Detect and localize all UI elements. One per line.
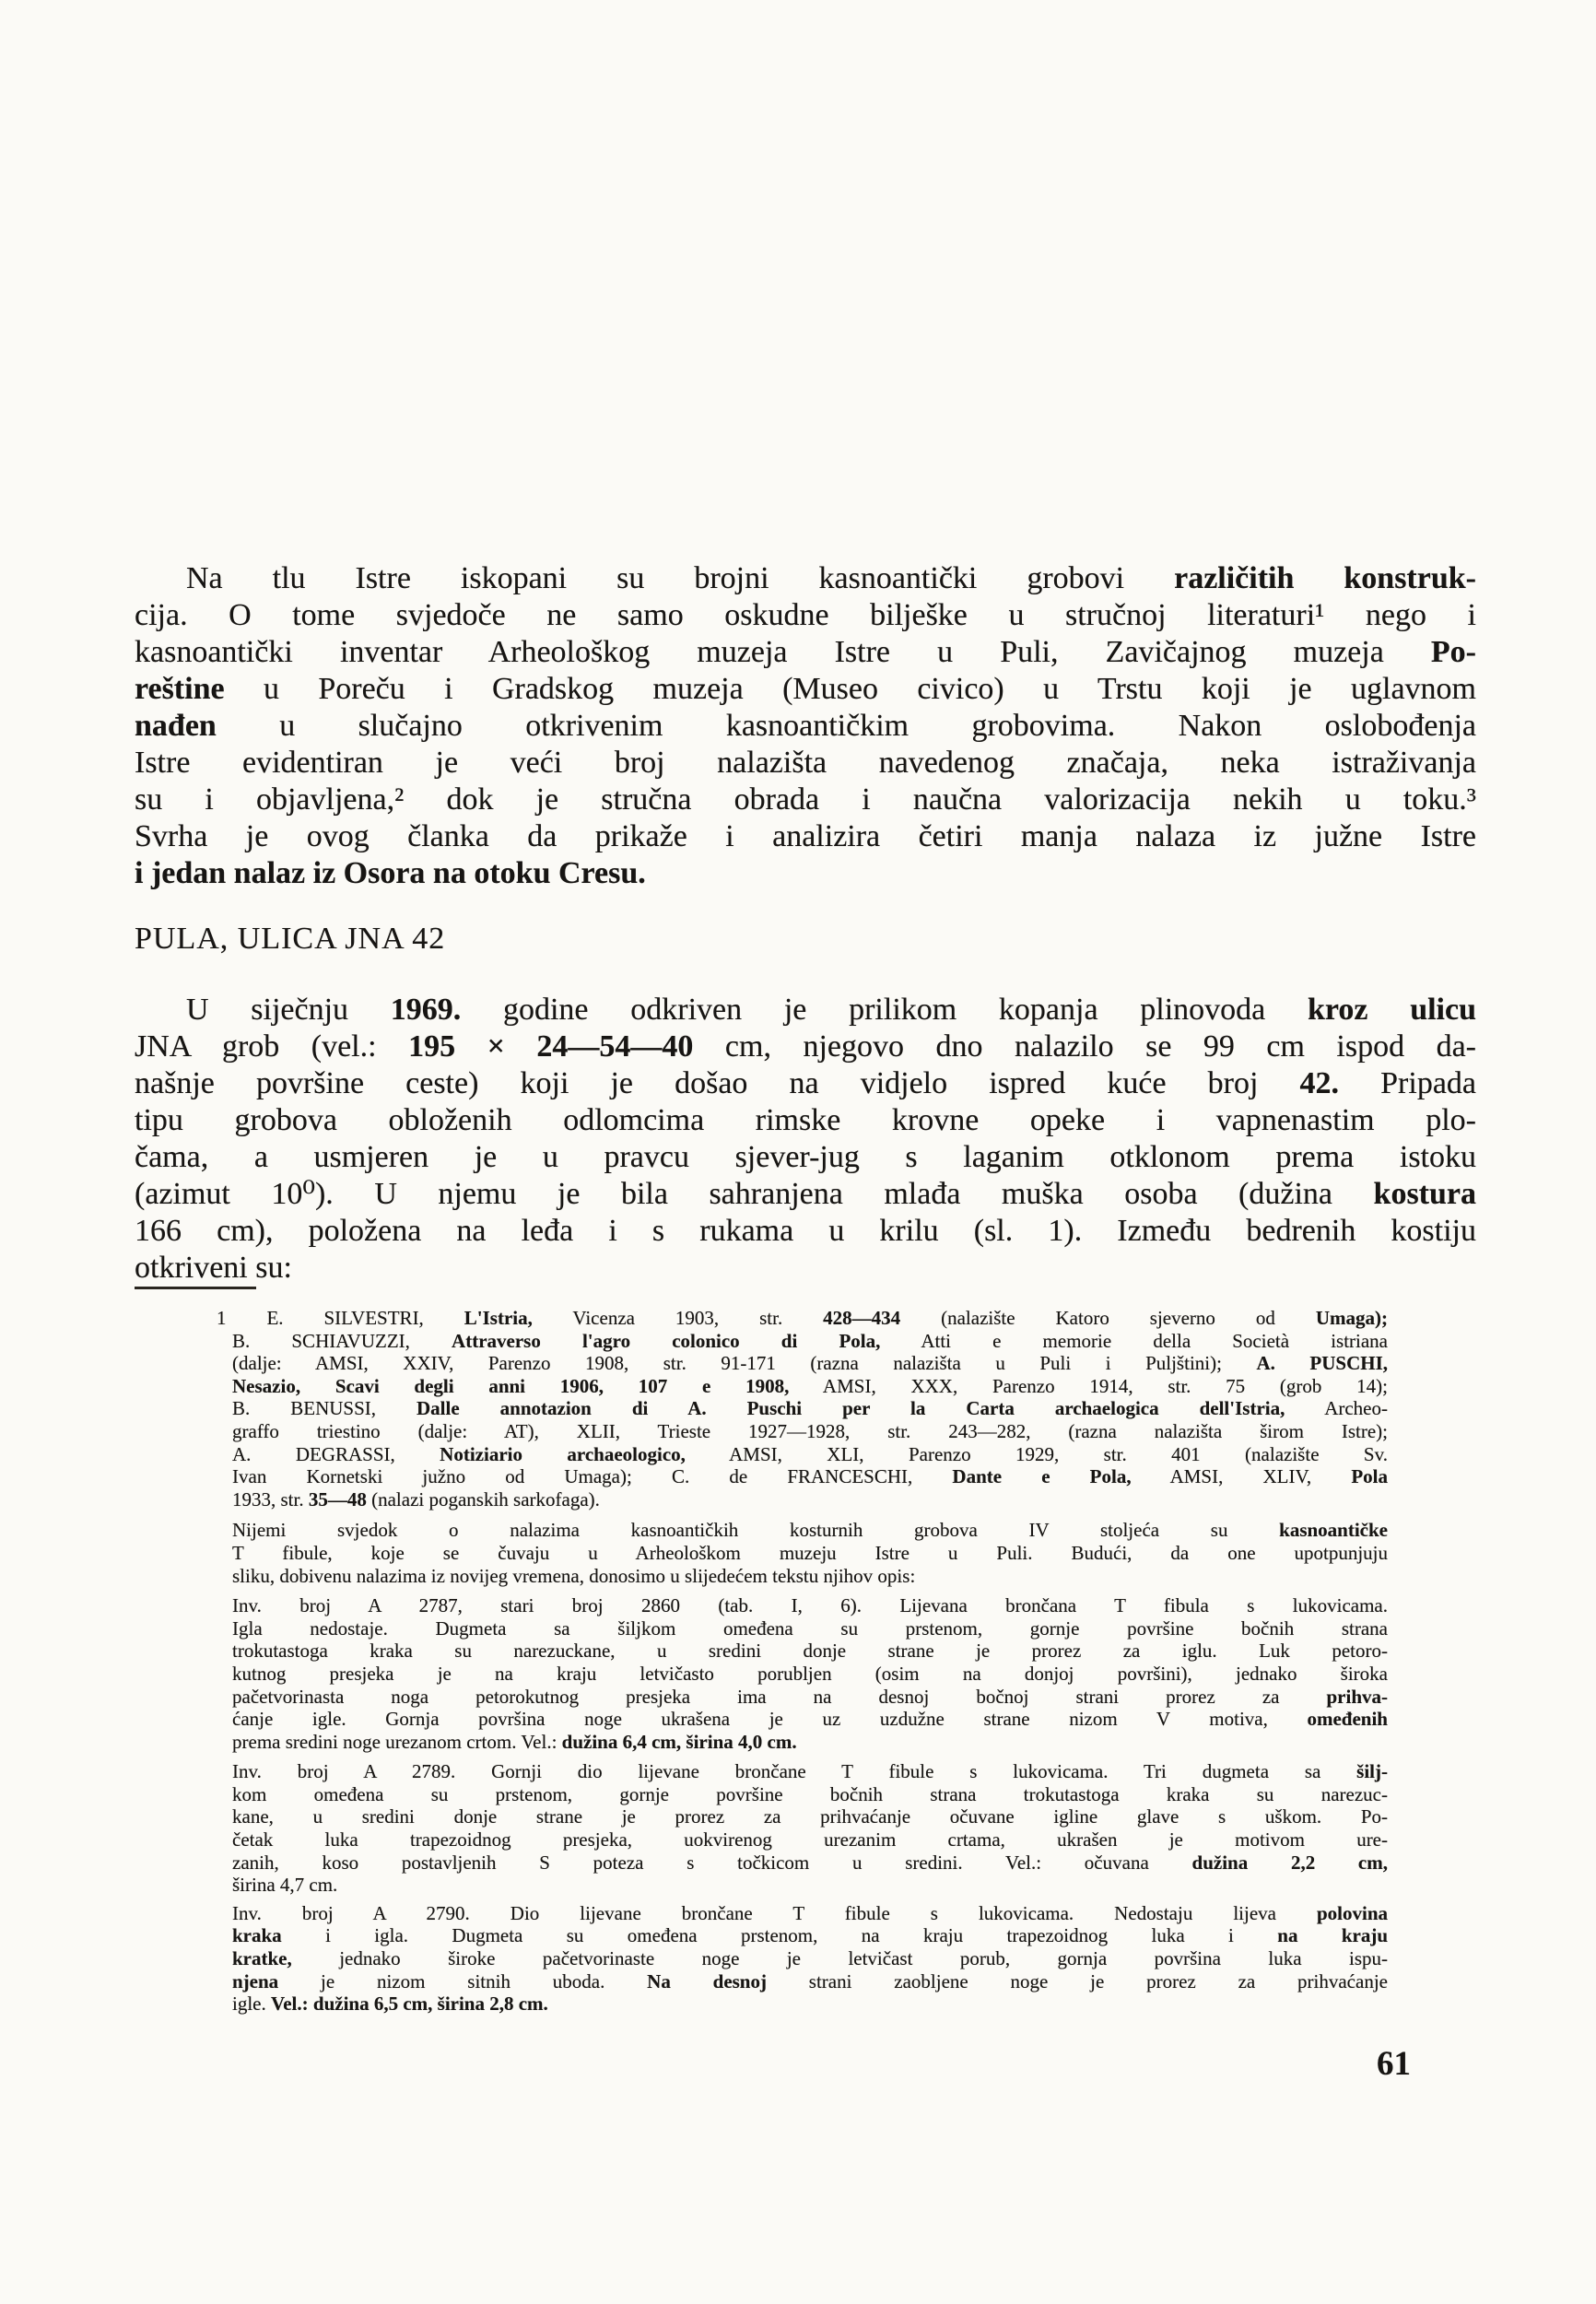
text-line: (dalje: AMSI, XXIV, Parenzo 1908, str. 9…	[232, 1352, 1388, 1375]
text-line: kom omeđena su prstenom, gornje površine…	[232, 1783, 1388, 1806]
text-line: trokutastoga kraka su narezuckane, u sre…	[232, 1640, 1388, 1663]
text-line: Inv. broj A 2789. Gornji dio lijevane br…	[232, 1760, 1388, 1783]
text-line: Nijemi svjedok o nalazima kasnoantičkih …	[232, 1519, 1388, 1542]
text-line: Igla nedostaje. Dugmeta sa šiljkom omeđe…	[232, 1617, 1388, 1640]
text-line: zanih, koso postavljenih S poteza s točk…	[232, 1851, 1388, 1875]
footnote-1: 1 E. SILVESTRI, L'Istria, Vicenza 1903, …	[232, 1307, 1388, 1511]
text-line: A. DEGRASSI, Notiziario archaeologico, A…	[232, 1443, 1388, 1466]
text-line: B. BENUSSI, Dalle annotazion di A. Pusch…	[232, 1397, 1388, 1420]
text-line: Istre evidentiran je veći broj nalazišta…	[135, 745, 1476, 782]
text-line: ćanje igle. Gornja površina noge ukrašen…	[232, 1708, 1388, 1731]
text-line: reštine u Poreču i Gradskog muzeja (Muse…	[135, 671, 1476, 708]
page-number: 61	[1377, 2044, 1411, 2084]
text-line: kasnoantički inventar Arheološkog muzeja…	[135, 634, 1476, 671]
text-line: Na tlu Istre iskopani su brojni kasnoant…	[135, 560, 1476, 597]
footnote-fibulae-note: Nijemi svjedok o nalazima kasnoantičkih …	[232, 1519, 1388, 1587]
text-line: (azimut 10⁰). U njemu je bila sahranjena…	[135, 1176, 1476, 1213]
text-line: 1 E. SILVESTRI, L'Istria, Vicenza 1903, …	[232, 1307, 1388, 1330]
text-line: Nesazio, Scavi degli anni 1906, 107 e 19…	[232, 1375, 1388, 1398]
grave-description-paragraph: U siječnju 1969. godine odkriven je pril…	[135, 992, 1476, 1287]
text-line: našnje površine ceste) koji je došao na …	[135, 1065, 1476, 1102]
intro-paragraph: Na tlu Istre iskopani su brojni kasnoant…	[135, 560, 1476, 892]
text-line: cija. O tome svjedoče ne samo oskudne bi…	[135, 597, 1476, 634]
text-line: Ivan Kornetski južno od Umaga); C. de FR…	[232, 1465, 1388, 1488]
text-line: Inv. broj A 2787, stari broj 2860 (tab. …	[232, 1594, 1388, 1617]
text-line: T fibule, koje se čuvaju u Arheološkom m…	[232, 1542, 1388, 1565]
text-line: B. SCHIAVUZZI, Attraverso l'agro colonic…	[232, 1330, 1388, 1353]
text-line: sliku, dobivenu nalazima iz novijeg vrem…	[232, 1565, 1388, 1588]
text-line: kratke, jednako široke pačetvorinaste no…	[232, 1947, 1388, 1970]
text-line: igle. Vel.: dužina 6,5 cm, širina 2,8 cm…	[232, 1992, 1388, 2016]
text-line: kraka i igla. Dugmeta su omeđena prsteno…	[232, 1924, 1388, 1947]
text-line: njena je nizom sitnih uboda. Na desnoj s…	[232, 1970, 1388, 1993]
section-heading: PULA, ULICA JNA 42	[135, 922, 445, 957]
text-line: širina 4,7 cm.	[232, 1874, 1388, 1897]
text-line: kane, u sredini donje strane je prorez z…	[232, 1805, 1388, 1828]
text-line: četak luka trapezoidnog presjeka, uokvir…	[232, 1828, 1388, 1851]
text-line: nađen u slučajno otkrivenim kasnoantički…	[135, 708, 1476, 745]
footnote-inventory-a2787: Inv. broj A 2787, stari broj 2860 (tab. …	[232, 1594, 1388, 1753]
text-line: 1933, str. 35—48 (nalazi poganskih sarko…	[232, 1488, 1388, 1511]
footnote-inventory-a2789: Inv. broj A 2789. Gornji dio lijevane br…	[232, 1760, 1388, 1897]
text-line: pačetvorinasta noga petorokutnog presjek…	[232, 1686, 1388, 1709]
footnote-inventory-a2790: Inv. broj A 2790. Dio lijevane brončane …	[232, 1902, 1388, 2016]
text-line: Svrha je ovog članka da prikaže i analiz…	[135, 818, 1476, 855]
text-line: su i objavljena,² dok je stručna obrada …	[135, 782, 1476, 818]
text-line: 166 cm), položena na leđa i s rukama u k…	[135, 1213, 1476, 1250]
spacer	[232, 1511, 1388, 1519]
text-line: Inv. broj A 2790. Dio lijevane brončane …	[232, 1902, 1388, 1925]
text-line: kutnog presjeka je na kraju letvičasto p…	[232, 1663, 1388, 1686]
spacer	[232, 1587, 1388, 1594]
text-line: tipu grobova obloženih odlomcima rimske …	[135, 1102, 1476, 1139]
text-line: JNA grob (vel.: 195 × 24—54—40 cm, njego…	[135, 1029, 1476, 1065]
footnote-separator	[135, 1287, 256, 1289]
document-page: Na tlu Istre iskopani su brojni kasnoant…	[0, 0, 1596, 2304]
spacer	[232, 1753, 1388, 1760]
text-line: i jedan nalaz iz Osora na otoku Cresu.	[135, 855, 1476, 892]
text-line: prema sredini noge urezanom crtom. Vel.:…	[232, 1731, 1388, 1754]
footnotes-section: 1 E. SILVESTRI, L'Istria, Vicenza 1903, …	[232, 1307, 1388, 2016]
text-line: graffo triestino (dalje: AT), XLII, Trie…	[232, 1420, 1388, 1443]
text-line: čama, a usmjeren je u pravcu sjever-jug …	[135, 1139, 1476, 1176]
text-line: otkriveni su:	[135, 1250, 1476, 1287]
text-line: U siječnju 1969. godine odkriven je pril…	[135, 992, 1476, 1029]
